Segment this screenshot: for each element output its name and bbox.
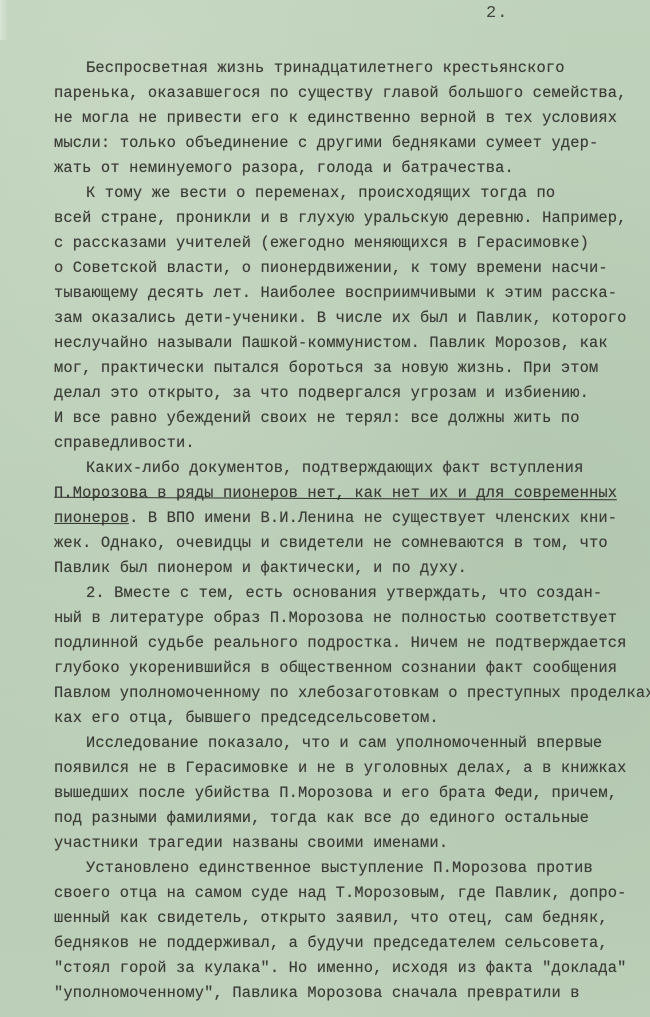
underlined-text: П.Морозова в ряды пионеров нет, как нет … [54, 484, 617, 502]
text-line: вышедших после убийства П.Морозова и его… [54, 781, 650, 806]
text-line: глубоко укоренившийся в общественном соз… [54, 656, 650, 681]
text-line: "стоял горой за кулака". Но именно, исхо… [54, 956, 650, 981]
text-line: И все равно убеждений своих не терял: вс… [54, 406, 650, 431]
page-number: 2. [486, 4, 508, 23]
text-line: подлинной судьбе реального подростка. Ни… [54, 631, 650, 656]
text-line: жать от неминуемого разора, голода и бат… [54, 156, 650, 181]
typewritten-body: Беспросветная жизнь тринадцатилетнего кр… [54, 56, 650, 1006]
text-line: тывающему десять лет. Наиболее восприимч… [54, 281, 650, 306]
text-line: ках его отца, бывшего председсельсоветом… [54, 706, 650, 731]
text-line: делал это открыто, за что подвергался уг… [54, 381, 650, 406]
text-line: с рассказами учителей (ежегодно меняющих… [54, 231, 650, 256]
text-line: под разными фамилиями, тогда как все до … [54, 806, 650, 831]
text-line: неслучайно называли Пашкой-коммунистом. … [54, 331, 650, 356]
text-line: паренька, оказавшегося по существу главо… [54, 81, 650, 106]
text-line: мог, практически пытался бороться за нов… [54, 356, 650, 381]
text-line: "уполномоченному", Павлика Морозова снач… [54, 981, 650, 1006]
text-line: участники трагедии названы своими именам… [54, 831, 650, 856]
text-line: шенный как свидетель, открыто заявил, чт… [54, 906, 650, 931]
document-page: 2. Беспросветная жизнь тринадцатилетнего… [0, 0, 650, 1017]
text-line: ный в литературе образ П.Морозова не пол… [54, 606, 650, 631]
text-line: Установлено единственное выступление П.М… [54, 856, 650, 881]
text-line: Исследование показало, что и сам уполном… [54, 731, 650, 756]
text-line: Павлик был пионером и фактически, и по д… [54, 556, 650, 581]
text-line: всей стране, проникли и в глухую уральск… [54, 206, 650, 231]
text-line: Каких-либо документов, подтверждающих фа… [54, 456, 650, 481]
text-line: о Советской власти, о пионердвижении, к … [54, 256, 650, 281]
text-line: К тому же вести о переменах, происходящи… [54, 181, 650, 206]
text-line: Беспросветная жизнь тринадцатилетнего кр… [54, 56, 650, 81]
text-line: 2. Вместе с тем, есть основания утвержда… [54, 581, 650, 606]
text-line: П.Морозова в ряды пионеров нет, как нет … [54, 481, 650, 506]
text-line: Павлом уполномоченному по хлебозаготовка… [54, 681, 650, 706]
text-line: зам оказались дети-ученики. В числе их б… [54, 306, 650, 331]
underlined-text: пионеров [54, 509, 129, 527]
text-line: своего отца на самом суде над Т.Морозовы… [54, 881, 650, 906]
text-line: мысли: только объединение с другими бедн… [54, 131, 650, 156]
text-line: жек. Однако, очевидцы и свидетели не сом… [54, 531, 650, 556]
text-line: пионеров. В ВПО имени В.И.Ленина не суще… [54, 506, 650, 531]
text-line: не могла не привести его к единственно в… [54, 106, 650, 131]
text-line: бедняков не поддерживал, а будучи предсе… [54, 931, 650, 956]
text-line: справедливости. [54, 431, 650, 456]
paper-fold-mark [0, 0, 8, 40]
text-line: появился не в Герасимовке и не в уголовн… [54, 756, 650, 781]
